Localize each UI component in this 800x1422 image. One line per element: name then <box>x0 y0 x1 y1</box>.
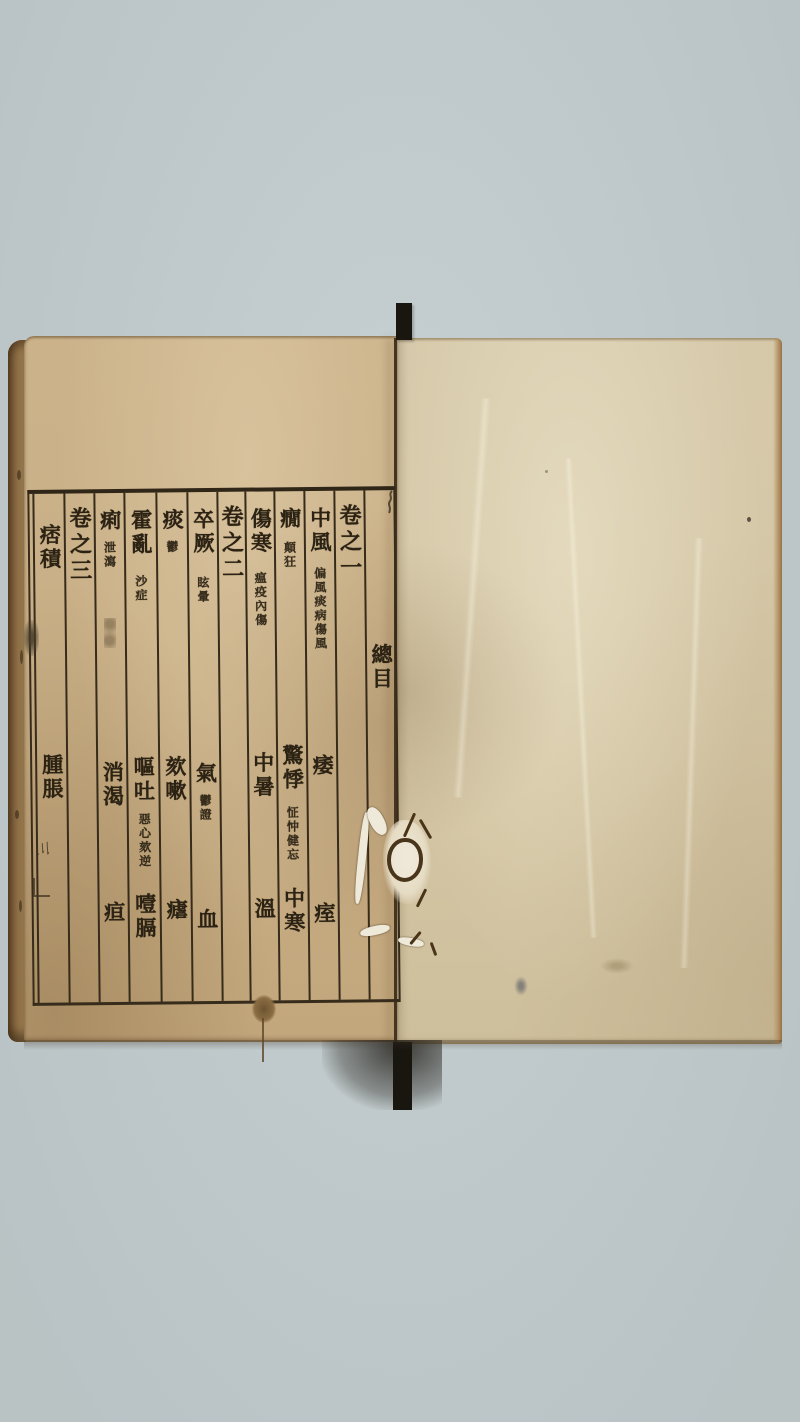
toc-column-col-zongmu: 總目 <box>365 490 400 999</box>
toc-column-col-tan: 痰鬱欬嗽瘧 <box>157 492 193 1001</box>
toc-column-col-piji: 痞積腫脹 <box>34 494 70 1003</box>
toc-subentry: 眩暈 <box>195 576 212 604</box>
paper-wrinkle <box>453 398 491 798</box>
toc-entry: 霍亂 <box>126 509 157 557</box>
margin-bracket-mark <box>33 878 50 897</box>
wormhole-tear-line <box>262 1018 264 1062</box>
toc-entry: 噎膈 <box>130 893 161 941</box>
toc-entry: 欬嗽 <box>160 755 191 803</box>
paper-speck <box>747 517 751 522</box>
paper-wrinkle <box>679 538 703 968</box>
toc-entry: 卷之三 <box>64 506 96 584</box>
toc-entry: 卷之一 <box>334 503 366 581</box>
toc-column-col-juan-1: 卷之一 <box>335 490 370 999</box>
toc-subentry: 惡心欬逆 <box>136 813 151 849</box>
toc-entry: 總目 <box>366 643 397 691</box>
binding-strap-bottom <box>393 1042 412 1110</box>
toc-column-col-huoluan: 霍亂沙症嘔吐惡心欬逆噎膈 <box>125 493 162 1002</box>
ink-bleedthrough-mark <box>104 618 116 648</box>
toc-table: 總目卷之一中風偏風痰病傷風痿痓癇顛狂驚悸怔忡健忘中寒傷寒瘟疫內傷中暑溫卷之二卒厥… <box>27 486 400 1006</box>
toc-entry: 瘧 <box>161 898 191 922</box>
toc-entry: 中寒 <box>278 887 309 935</box>
right-page <box>397 338 782 1044</box>
edge-wear-speck <box>17 470 21 480</box>
toc-entry: 痿 <box>307 754 337 778</box>
toc-subentry: 鬱證 <box>197 794 214 822</box>
margin-number-mark: 三 <box>22 840 53 862</box>
toc-subentry: 顛狂 <box>281 541 298 569</box>
margin-ink-smudge <box>24 620 39 656</box>
paper-speck <box>545 470 548 473</box>
edge-wear-speck <box>19 900 22 912</box>
toc-column-col-juan-3: 卷之三 <box>65 493 100 1002</box>
handwritten-squiggle-mark <box>381 489 399 515</box>
wormhole-ring <box>387 838 423 882</box>
toc-entry: 卒厥 <box>188 508 219 556</box>
page-stack-fore-edge <box>773 338 782 1044</box>
toc-entry: 痰 <box>157 508 187 532</box>
book-bottom-shadow <box>24 1040 782 1050</box>
toc-subentry: 鬱 <box>164 540 181 554</box>
toc-entry: 氣 <box>190 762 220 786</box>
toc-subentry: 怔忡健忘 <box>284 806 302 862</box>
paper-wrinkle <box>564 458 597 938</box>
toc-entry: 嘔吐 <box>128 756 159 804</box>
toc-entry: 消渴 <box>97 761 128 809</box>
toc-column-col-zhongfeng: 中風偏風痰病傷風痿痓 <box>305 491 340 1000</box>
toc-entry: 中風 <box>305 507 336 555</box>
toc-subentry: 沙症 <box>133 575 150 603</box>
toc-entry: 痞積 <box>34 524 65 572</box>
toc-entry: 卷之二 <box>216 505 248 583</box>
toc-entry: 痓 <box>309 902 339 926</box>
binding-shadow <box>322 1040 442 1110</box>
edge-wear-speck <box>15 810 19 819</box>
toc-subentry: 泄瀉 <box>101 541 118 569</box>
toc-entry: 血 <box>192 908 222 932</box>
toc-column-col-juan-2: 卷之二 <box>218 492 251 1001</box>
paper-stain <box>600 958 634 974</box>
photo-background: 總目卷之一中風偏風痰病傷風痿痓癇顛狂驚悸怔忡健忘中寒傷寒瘟疫內傷中暑溫卷之二卒厥… <box>0 0 800 1422</box>
edge-wear-speck <box>20 650 23 664</box>
toc-entry: 腫脹 <box>37 754 68 802</box>
toc-column-col-zujue: 卒厥眩暈氣鬱證血 <box>188 492 223 1001</box>
toc-entry: 溫 <box>249 897 279 921</box>
toc-entry: 驚悸 <box>277 744 308 792</box>
toc-entry: 痢 <box>95 509 125 533</box>
toc-subentry: 偏風痰病傷風 <box>312 567 330 651</box>
toc-column-col-li: 痢泄瀉消渴疸 <box>95 493 130 1002</box>
binding-strap-top <box>396 303 412 340</box>
toc-column-col-xian: 癇顛狂驚悸怔忡健忘中寒 <box>275 491 310 1000</box>
toc-entry: 傷寒 <box>245 507 276 555</box>
paper-stain <box>514 976 528 996</box>
wormhole-bottom-border <box>252 995 276 1023</box>
toc-subentry: 瘟疫內傷 <box>252 571 270 627</box>
toc-column-col-shanghan: 傷寒瘟疫內傷中暑溫 <box>246 491 280 1000</box>
toc-entry: 中暑 <box>248 751 279 799</box>
toc-entry: 疸 <box>99 901 129 925</box>
toc-entry: 癇 <box>275 507 305 531</box>
